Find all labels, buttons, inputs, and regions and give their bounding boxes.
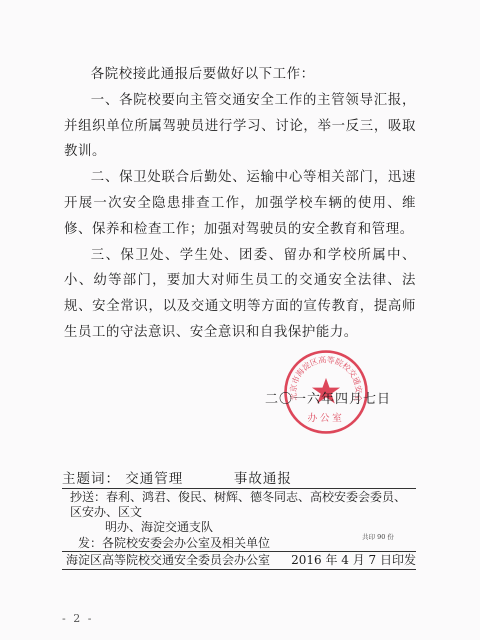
- issuer-name: 海淀区高等院校交通安全委员会办公室: [66, 552, 270, 569]
- document-page: 各院校接此通报后要做好以下工作： 一、各院校要向主管交通安全工作的主管领导汇报，…: [0, 0, 480, 640]
- document-date: 二〇一六年四月七日: [265, 388, 391, 407]
- print-copies: 共印 90 份: [362, 532, 394, 541]
- distribution-label: 发：: [78, 536, 102, 550]
- issue-date: 2016 年 4 月 7 日印发: [291, 552, 416, 569]
- cc-list: 抄送：春利、鸿君、俊民、树辉、德冬同志、高校安委会委员、区安办、区文: [62, 490, 416, 520]
- document-body: 各院校接此通报后要做好以下工作： 一、各院校要向主管交通安全工作的主管领导汇报，…: [64, 62, 416, 346]
- subject-keyword-1: 交通管理: [125, 471, 183, 487]
- svg-text:办公室: 办公室: [308, 411, 345, 424]
- subject-keyword-2: 事故通报: [234, 471, 292, 487]
- cc-line-1: 春利、鸿君、俊民、树辉、德冬同志、高校安委会委员、区安办、区文: [70, 490, 406, 519]
- intro-paragraph: 各院校接此通报后要做好以下工作：: [64, 62, 416, 88]
- issuer-line: 海淀区高等院校交通安全委员会办公室 2016 年 4 月 7 日印发: [62, 552, 416, 570]
- paragraph-1: 一、各院校要向主管交通安全工作的主管领导汇报，并组织单位所属驾驶员进行学习、讨论…: [64, 88, 416, 165]
- cc-label: 抄送：: [70, 490, 106, 504]
- distribution-value: 各院校安委会办公室及相关单位: [102, 536, 270, 550]
- subject-keywords: 主题词： 交通管理 事故通报: [62, 470, 416, 489]
- paragraph-2: 二、保卫处联合后勤处、运输中心等相关部门，迅速开展一次安全隐患排查工作，加强学校…: [64, 165, 416, 242]
- paragraph-3: 三、保卫处、学生处、团委、留办和学校所属中、小、幼等部门，要加大对师生员工的交通…: [64, 243, 416, 346]
- page-number: - 2 -: [62, 612, 93, 625]
- document-footer: 主题词： 交通管理 事故通报 抄送：春利、鸿君、俊民、树辉、德冬同志、高校安委会…: [62, 470, 416, 570]
- subject-label: 主题词：: [62, 471, 120, 487]
